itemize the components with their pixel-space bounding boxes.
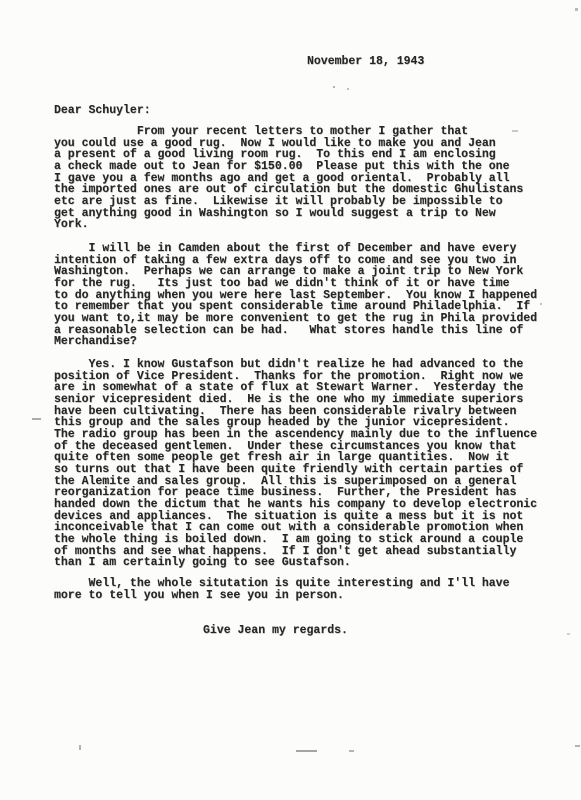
scan-artifact xyxy=(567,633,570,635)
scan-artifact xyxy=(349,750,354,752)
scan-artifact xyxy=(575,8,578,11)
letter-date: November 18, 1943 xyxy=(307,56,424,68)
scan-artifact xyxy=(79,745,81,750)
paragraph-rug-gift: From your recent letters to mother I gat… xyxy=(54,126,523,231)
scan-artifact xyxy=(333,86,335,88)
scan-artifact xyxy=(32,418,41,420)
paragraph-wrap-up: Well, the whole situtation is quite inte… xyxy=(54,578,509,601)
salutation: Dear Schuyler: xyxy=(54,105,151,117)
scan-artifact xyxy=(575,745,580,747)
scan-artifact xyxy=(347,88,349,90)
closing-line: Give Jean my regards. xyxy=(203,625,348,637)
scan-artifact xyxy=(296,750,317,752)
paragraph-company-news: Yes. I know Gustafson but didn't realize… xyxy=(54,359,537,569)
paragraph-visit-plans: I will be in Camden about the first of D… xyxy=(54,243,537,348)
scan-artifact xyxy=(540,303,542,305)
scan-artifact xyxy=(512,130,518,132)
letter-page: November 18, 1943 Dear Schuyler: From yo… xyxy=(0,0,581,800)
